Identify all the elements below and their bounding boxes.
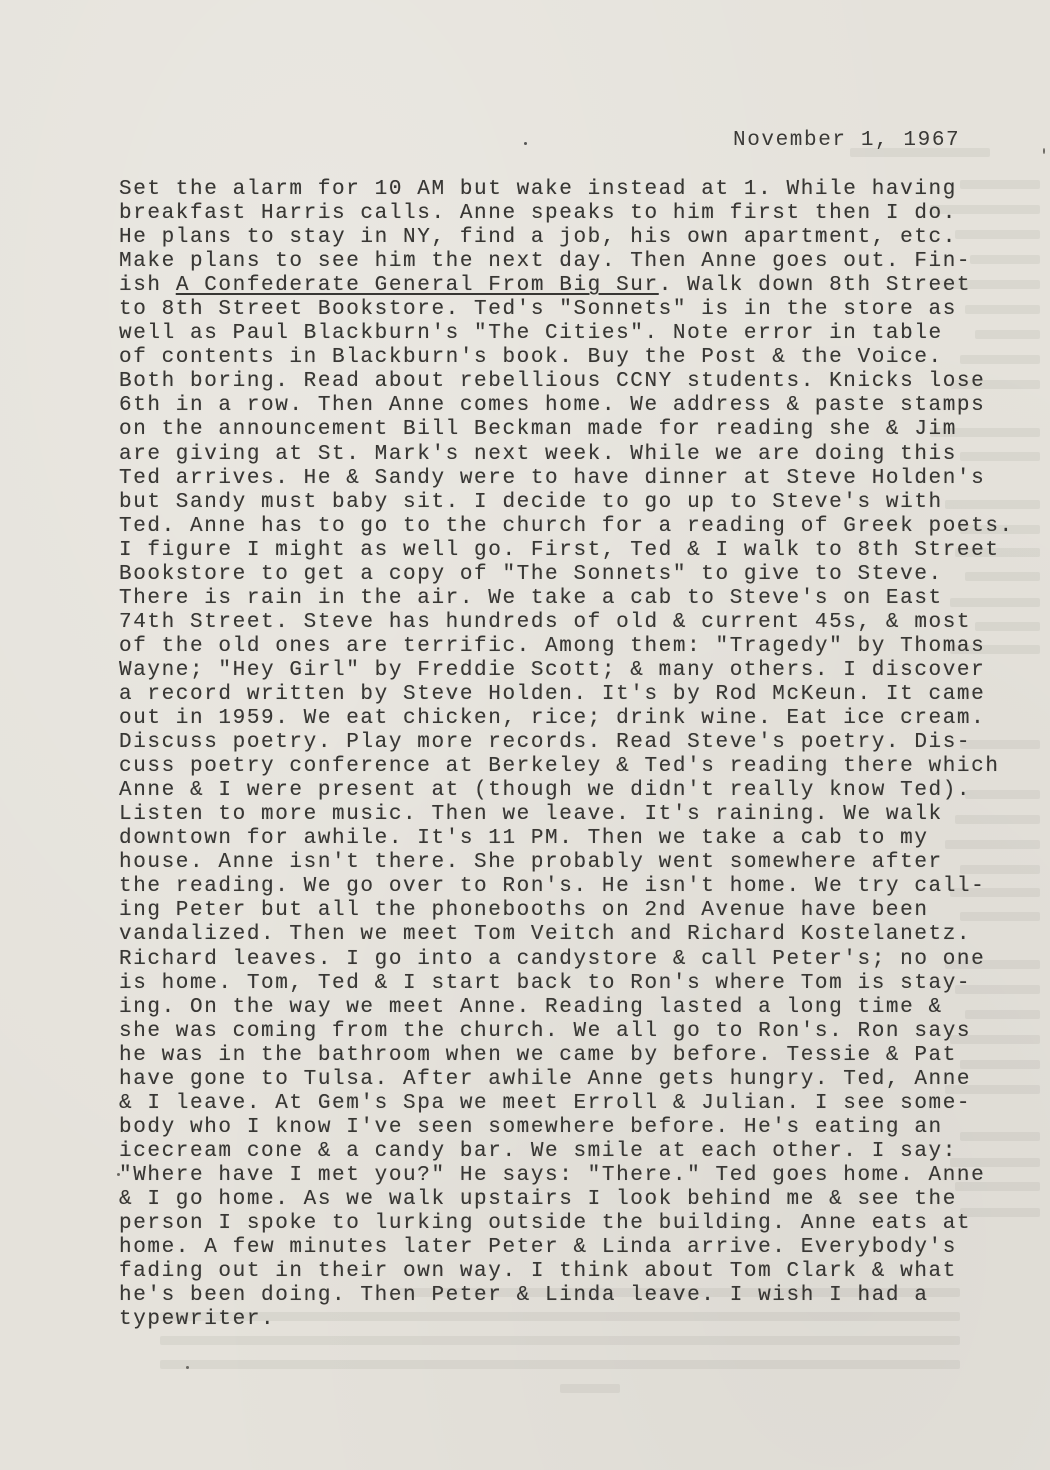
text-line: downtown for awhile. It's 11 PM. Then we…	[119, 827, 1019, 851]
text-line: he was in the bathroom when we came by b…	[119, 1044, 1019, 1068]
text-line: Make plans to see him the next day. Then…	[119, 250, 1019, 274]
text-line: ing Peter but all the phonebooths on 2nd…	[119, 899, 1019, 923]
text-line: home. A few minutes later Peter & Linda …	[119, 1236, 1019, 1260]
text-line: well as Paul Blackburn's "The Cities". N…	[119, 322, 1019, 346]
text-line: Ted. Anne has to go to the church for a …	[119, 515, 1019, 539]
text-line: fading out in their own way. I think abo…	[119, 1260, 1019, 1284]
text-line: typewriter.	[119, 1308, 1019, 1332]
text-line: Bookstore to get a copy of "The Sonnets"…	[119, 563, 1019, 587]
document-page: November 1, 1967 Set the alarm for 10 AM…	[0, 0, 1050, 1470]
text-line: of the old ones are terrific. Among them…	[119, 635, 1019, 659]
text-line: "Where have I met you?" He says: "There.…	[119, 1164, 1019, 1188]
text-line: Wayne; "Hey Girl" by Freddie Scott; & ma…	[119, 659, 1019, 683]
text-line: & I go home. As we walk upstairs I look …	[119, 1188, 1019, 1212]
text-line: to 8th Street Bookstore. Ted's "Sonnets"…	[119, 298, 1019, 322]
text-line: Anne & I were present at (though we didn…	[119, 779, 1019, 803]
text-line: icecream cone & a candy bar. We smile at…	[119, 1140, 1019, 1164]
ink-speck	[524, 142, 527, 145]
text-line: 6th in a row. Then Anne comes home. We a…	[119, 394, 1019, 418]
text-line: I figure I might as well go. First, Ted …	[119, 539, 1019, 563]
text-line: person I spoke to lurking outside the bu…	[119, 1212, 1019, 1236]
underlined-book-title: A Confederate General From Big Sur	[176, 274, 659, 297]
text-line: There is rain in the air. We take a cab …	[119, 587, 1019, 611]
text-line: of contents in Blackburn's book. Buy the…	[119, 346, 1019, 370]
text-line: Set the alarm for 10 AM but wake instead…	[119, 178, 1019, 202]
ink-speck	[117, 1173, 120, 1176]
text-line: Listen to more music. Then we leave. It'…	[119, 803, 1019, 827]
text-line: have gone to Tulsa. After awhile Anne ge…	[119, 1068, 1019, 1092]
text-line: house. Anne isn't there. She probably we…	[119, 851, 1019, 875]
ink-speck	[186, 1366, 189, 1369]
text-line: but Sandy must baby sit. I decide to go …	[119, 491, 1019, 515]
text-line: & I leave. At Gem's Spa we meet Erroll &…	[119, 1092, 1019, 1116]
text-line: vandalized. Then we meet Tom Veitch and …	[119, 923, 1019, 947]
entry-body: Set the alarm for 10 AM but wake instead…	[119, 178, 1019, 1332]
text-line: a record written by Steve Holden. It's b…	[119, 683, 1019, 707]
text-line: he's been doing. Then Peter & Linda leav…	[119, 1284, 1019, 1308]
text-line: ing. On the way we meet Anne. Reading la…	[119, 996, 1019, 1020]
entry-date: November 1, 1967	[733, 129, 960, 152]
text-line: is home. Tom, Ted & I start back to Ron'…	[119, 972, 1019, 996]
text-line: on the announcement Bill Beckman made fo…	[119, 418, 1019, 442]
text-line: Discuss poetry. Play more records. Read …	[119, 731, 1019, 755]
text-line: Both boring. Read about rebellious CCNY …	[119, 370, 1019, 394]
text-line: 74th Street. Steve has hundreds of old &…	[119, 611, 1019, 635]
text-line: the reading. We go over to Ron's. He isn…	[119, 875, 1019, 899]
text-line: she was coming from the church. We all g…	[119, 1020, 1019, 1044]
text-line: out in 1959. We eat chicken, rice; drink…	[119, 707, 1019, 731]
ink-speck	[1043, 148, 1045, 154]
text-line: breakfast Harris calls. Anne speaks to h…	[119, 202, 1019, 226]
text-line: Richard leaves. I go into a candystore &…	[119, 948, 1019, 972]
text-line: cuss poetry conference at Berkeley & Ted…	[119, 755, 1019, 779]
text-line: Ted arrives. He & Sandy were to have din…	[119, 467, 1019, 491]
text-line: are giving at St. Mark's next week. Whil…	[119, 443, 1019, 467]
text-line: body who I know I've seen somewhere befo…	[119, 1116, 1019, 1140]
text-line: He plans to stay in NY, find a job, his …	[119, 226, 1019, 250]
text-line: ish A Confederate General From Big Sur. …	[119, 274, 1019, 298]
